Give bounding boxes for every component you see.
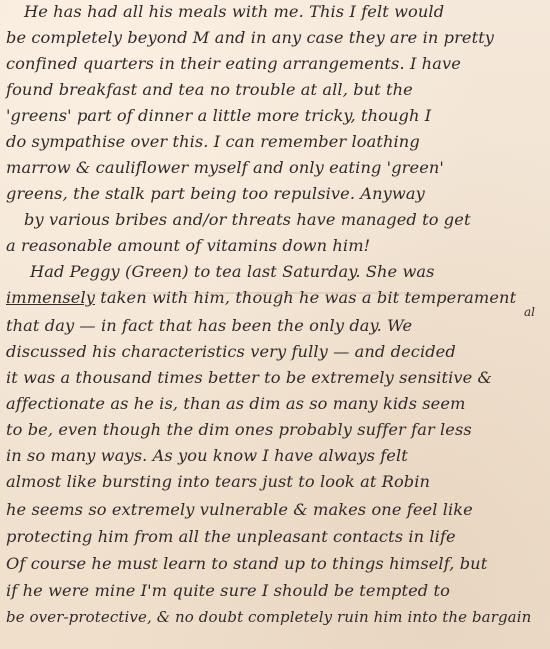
letter-line-2: be completely beyond M and in any case t… xyxy=(0,28,550,47)
letter-line-5: 'greens' part of dinner a little more tr… xyxy=(0,106,550,125)
letter-line-20: he seems so extremely vulnerable & makes… xyxy=(0,500,550,519)
letter-line-13: that day — in fact that has been the onl… xyxy=(0,316,550,335)
letter-line-1: He has had all his meals with me. This I… xyxy=(0,2,550,21)
letter-line-4: found breakfast and tea no trouble at al… xyxy=(0,80,550,99)
letter-line-3: confined quarters in their eating arrang… xyxy=(0,54,550,73)
letter-line-9: by various bribes and/or threats have ma… xyxy=(0,210,550,229)
letter-line-16: affectionate as he is, than as dim as so… xyxy=(0,394,550,413)
letter-page: He has had all his meals with me. This I… xyxy=(0,0,550,649)
letter-line-8: greens, the stalk part being too repulsi… xyxy=(0,184,550,203)
letter-line-22: Of course he must learn to stand up to t… xyxy=(0,554,550,573)
letter-line-11: Had Peggy (Green) to tea last Saturday. … xyxy=(0,262,550,281)
letter-line-17: to be, even though the dim ones probably… xyxy=(0,420,550,439)
letter-line-19: almost like bursting into tears just to … xyxy=(0,472,550,491)
letter-line-18: in so many ways. As you know I have alwa… xyxy=(0,446,550,465)
letter-line-14: discussed his characteristics very fully… xyxy=(0,342,550,361)
letter-line-6: do sympathise over this. I can remember … xyxy=(0,132,550,151)
letter-line-23: if he were mine I'm quite sure I should … xyxy=(0,581,550,600)
underlined-word: immensely xyxy=(6,288,95,307)
letter-line-21: protecting him from all the unpleasant c… xyxy=(0,527,550,546)
letter-line-15: it was a thousand times better to be ext… xyxy=(0,368,550,387)
letter-line-10: a reasonable amount of vitamins down him… xyxy=(0,236,550,255)
letter-line-24: be over-protective, & no doubt completel… xyxy=(0,608,550,626)
letter-line-12: immensely taken with him, though he was … xyxy=(0,288,550,307)
letter-line-7: marrow & cauliflower myself and only eat… xyxy=(0,158,550,177)
letter-line-12-rest: taken with him, though he was a bit temp… xyxy=(95,288,516,307)
